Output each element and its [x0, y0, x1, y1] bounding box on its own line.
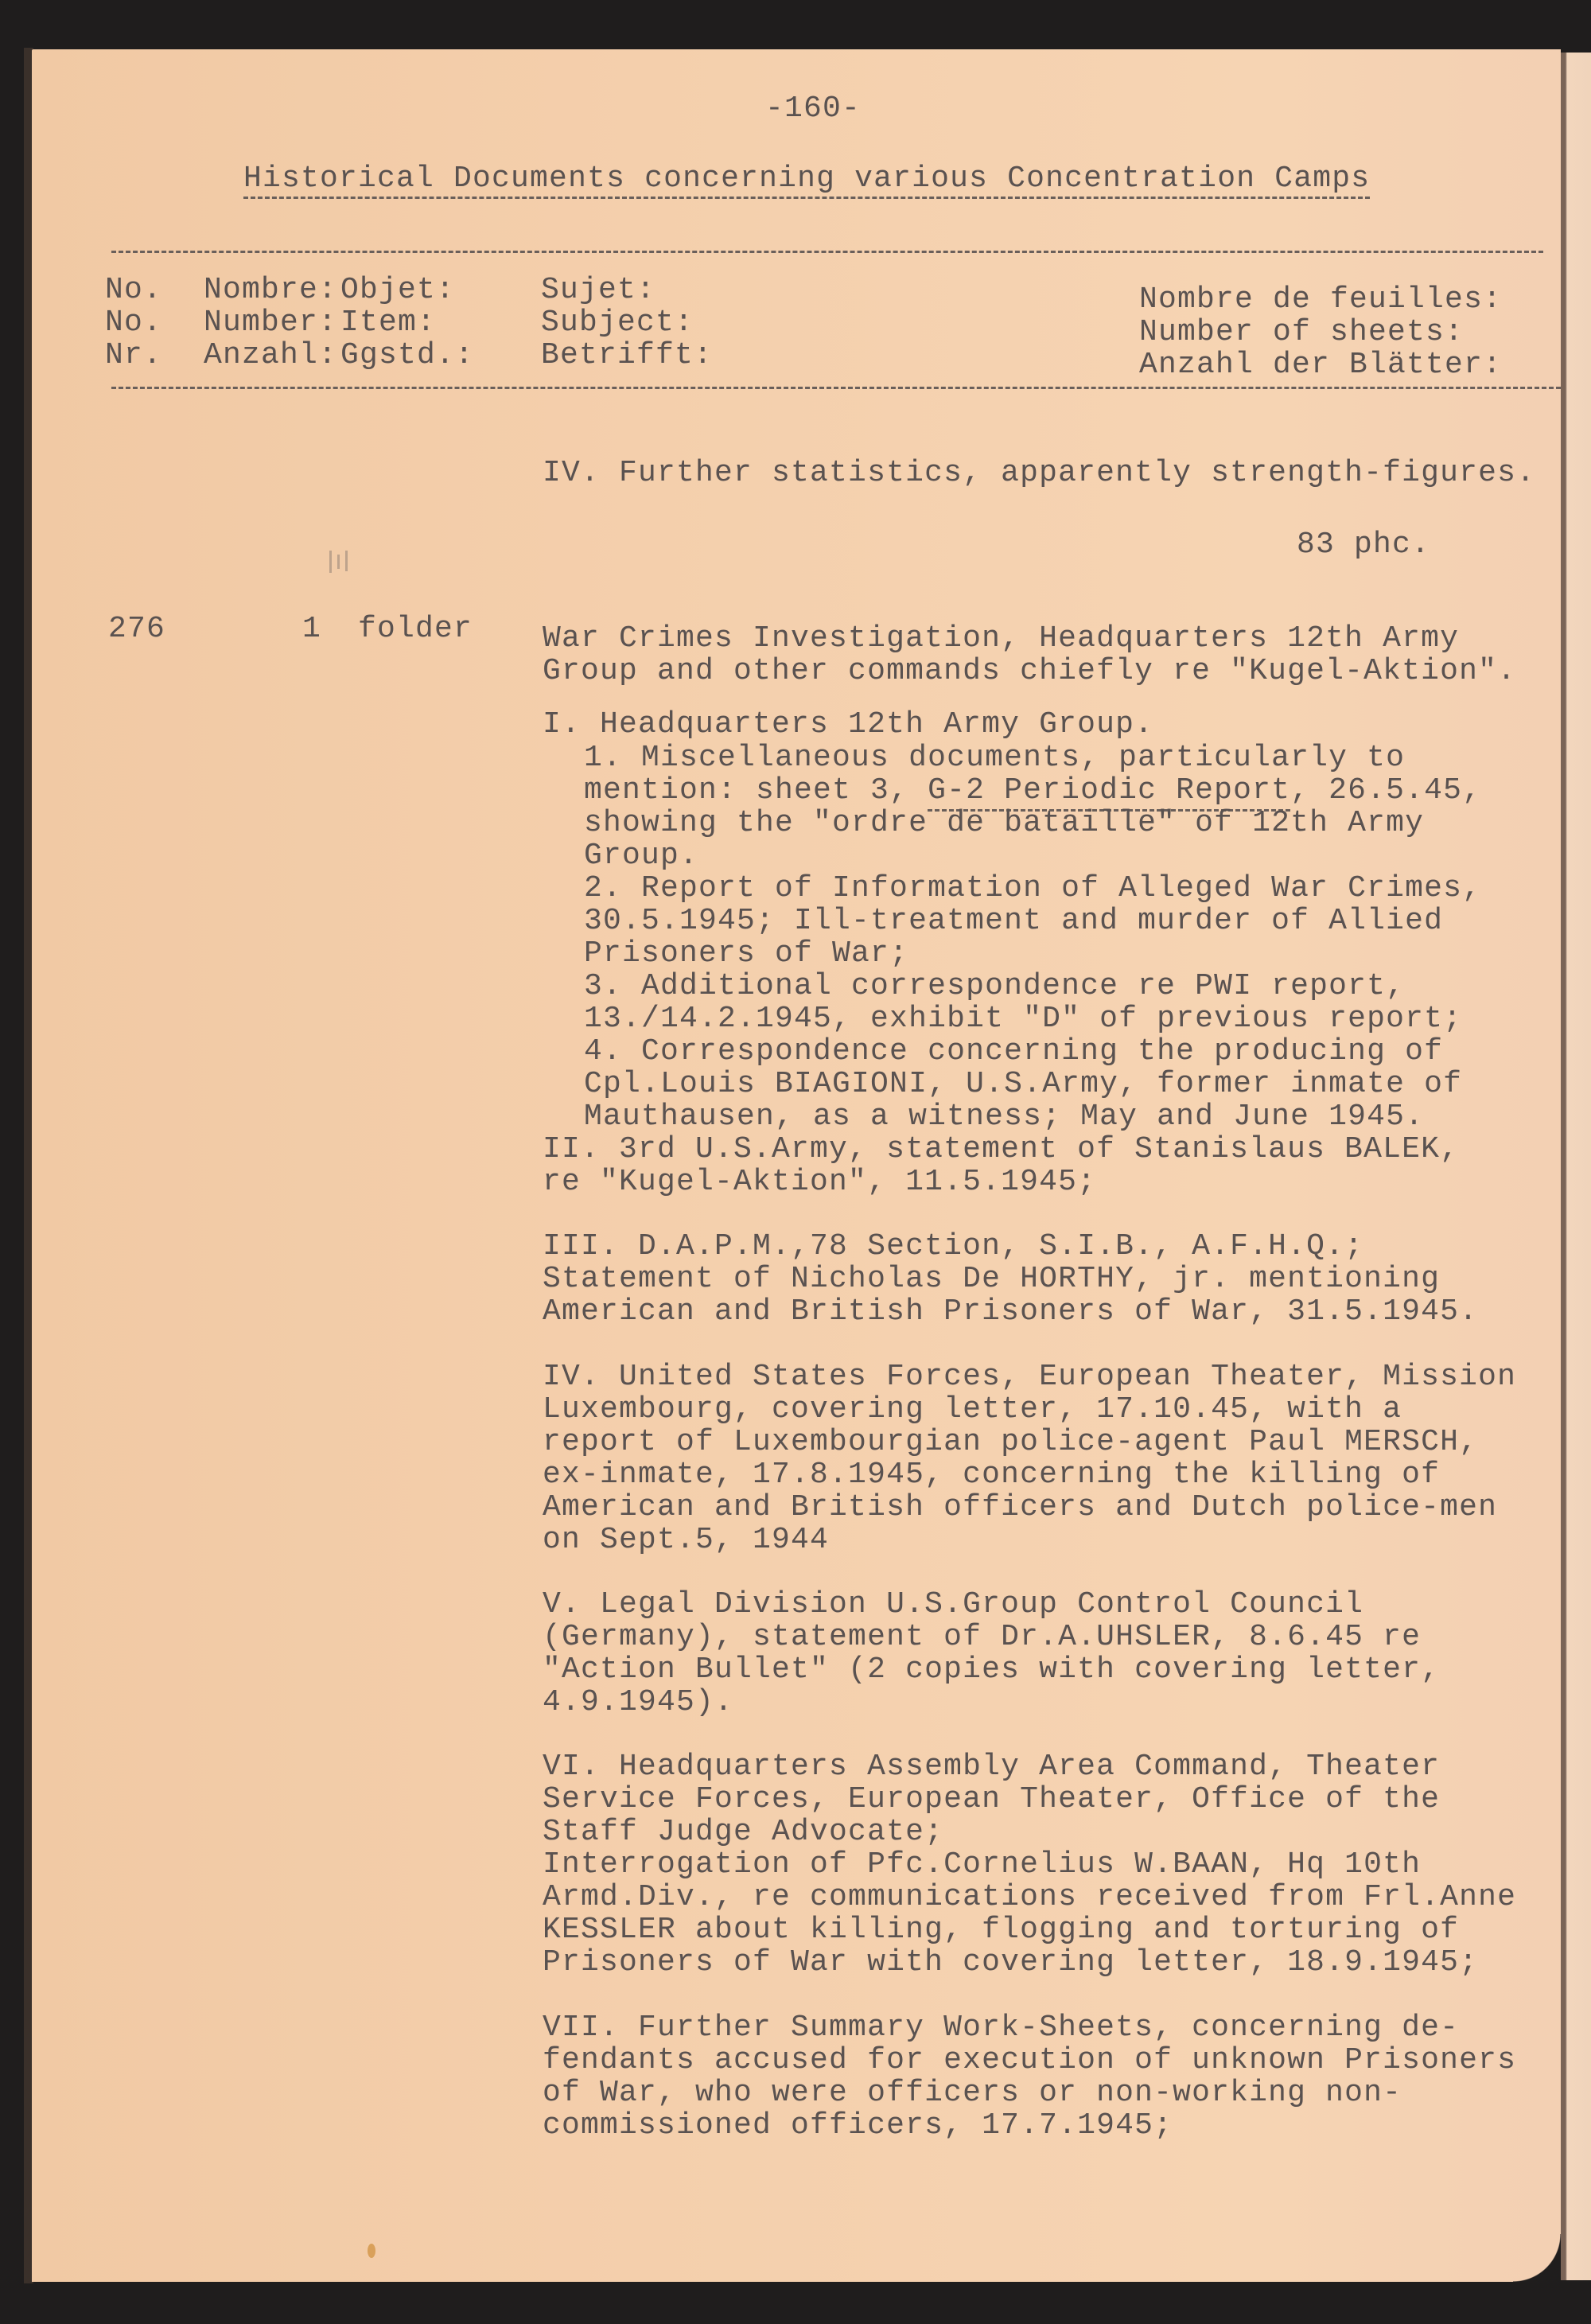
entry-number: 1 — [302, 613, 321, 645]
header-no-fr: No. — [105, 274, 162, 306]
section-line: Cpl.Louis BIAGIONI, U.S.Army, former inm… — [584, 1068, 1462, 1100]
line-text: mention: sheet 3, — [584, 773, 928, 808]
header-sheets-en: Number of sheets: — [1139, 316, 1464, 348]
pencil-mark — [345, 551, 348, 571]
section-line: 4. Correspondence concerning the produci… — [584, 1035, 1443, 1068]
section-line: KESSLER about killing, flogging and tort… — [543, 1913, 1459, 1946]
section-line: report of Luxembourgian police-agent Pau… — [543, 1426, 1478, 1458]
section-line: fendants accused for execution of unknow… — [543, 2044, 1516, 2077]
section-line: showing the "ordre de bataille" of 12th … — [584, 807, 1424, 839]
header-top-rule — [111, 251, 1543, 253]
section-line: (Germany), statement of Dr.A.UHSLER, 8.6… — [543, 1621, 1421, 1653]
section-line: on Sept.5, 1944 — [543, 1524, 829, 1556]
header-number-en: Number: — [204, 306, 337, 339]
header-subject-fr: Sujet: — [541, 274, 655, 306]
section-line: 4.9.1945). — [543, 1686, 733, 1719]
section-line: 2. Report of Information of Alleged War … — [584, 872, 1481, 905]
section-line: Interrogation of Pfc.Cornelius W.BAAN, H… — [543, 1848, 1421, 1881]
header-bottom-rule — [111, 387, 1561, 389]
header-item-de: Ggstd.: — [340, 339, 474, 372]
header-sheets-de: Anzahl der Blätter: — [1139, 348, 1502, 381]
section-line: Prisoners of War; — [584, 937, 908, 970]
entry-no: 276 — [108, 613, 165, 645]
section-line: VII. Further Summary Work-Sheets, concer… — [543, 2011, 1459, 2044]
section-line: Group. — [584, 839, 698, 872]
header-subject-en: Subject: — [541, 306, 694, 339]
section-line: Prisoners of War with covering letter, 1… — [543, 1946, 1478, 1979]
section-line: V. Legal Division U.S.Group Control Coun… — [543, 1588, 1363, 1621]
header-subject-de: Betrifft: — [541, 339, 713, 372]
section-line: II. 3rd U.S.Army, statement of Stanislau… — [543, 1133, 1459, 1166]
header-no-en: No. — [105, 306, 162, 339]
adjacent-page-edge — [1561, 53, 1591, 2280]
section-heading: I. Headquarters 12th Army Group. — [543, 708, 1153, 741]
section-line: commissioned officers, 17.7.1945; — [543, 2109, 1173, 2142]
section-line: 1. Miscellaneous documents, particularly… — [584, 742, 1405, 774]
section-line: American and British officers and Dutch … — [543, 1491, 1497, 1524]
pencil-mark — [337, 555, 340, 569]
section-line: 3. Additional correspondence re PWI repo… — [584, 970, 1405, 1002]
continuation-line: IV. Further statistics, apparently stren… — [543, 457, 1535, 489]
entry-subject-line: Group and other commands chiefly re "Kug… — [543, 655, 1516, 687]
paper-stain — [368, 2244, 375, 2258]
section-line: III. D.A.P.M.,78 Section, S.I.B., A.F.H.… — [543, 1230, 1363, 1263]
header-number-fr: Nombre: — [204, 274, 337, 306]
header-item-fr: Objet: — [340, 274, 455, 306]
section-line: Staff Judge Advocate; — [543, 1816, 943, 1848]
section-line: "Action Bullet" (2 copies with covering … — [543, 1653, 1440, 1686]
document-page: -160- Historical Documents concerning va… — [32, 49, 1561, 2282]
section-line: 13./14.2.1945, exhibit "D" of previous r… — [584, 1002, 1462, 1035]
line-text: , 26.5.45, — [1290, 773, 1481, 808]
header-no-de: Nr. — [105, 339, 162, 372]
section-line: of War, who were officers or non-working… — [543, 2077, 1402, 2109]
header-sheets-fr: Nombre de feuilles: — [1139, 283, 1502, 316]
section-line: American and British Prisoners of War, 3… — [543, 1295, 1478, 1328]
section-line: mention: sheet 3, G-2 Periodic Report, 2… — [584, 774, 1481, 807]
section-line: Service Forces, European Theater, Office… — [543, 1783, 1440, 1816]
section-line: VI. Headquarters Assembly Area Command, … — [543, 1750, 1440, 1783]
section-line: IV. United States Forces, European Theat… — [543, 1361, 1516, 1393]
entry-item: folder — [358, 613, 473, 645]
page-title: Historical Documents concerning various … — [243, 162, 1370, 199]
header-number-de: Anzahl: — [204, 339, 337, 372]
entry-subject-line: War Crimes Investigation, Headquarters 1… — [543, 622, 1459, 655]
section-line: Luxembourg, covering letter, 17.10.45, w… — [543, 1393, 1402, 1426]
section-line: re "Kugel-Aktion", 11.5.1945; — [543, 1166, 1096, 1198]
continuation-sheets: 83 phc. — [1297, 528, 1430, 561]
pencil-mark — [329, 551, 332, 573]
section-line: 30.5.1945; Ill-treatment and murder of A… — [584, 905, 1443, 937]
header-item-en: Item: — [340, 306, 436, 339]
section-line: Mauthausen, as a witness; May and June 1… — [584, 1100, 1424, 1133]
section-line: ex-inmate, 17.8.1945, concerning the kil… — [543, 1458, 1440, 1491]
page-number: -160- — [765, 92, 861, 125]
section-line: Statement of Nicholas De HORTHY, jr. men… — [543, 1263, 1440, 1295]
section-line: Armd.Div., re communications received fr… — [543, 1881, 1516, 1913]
